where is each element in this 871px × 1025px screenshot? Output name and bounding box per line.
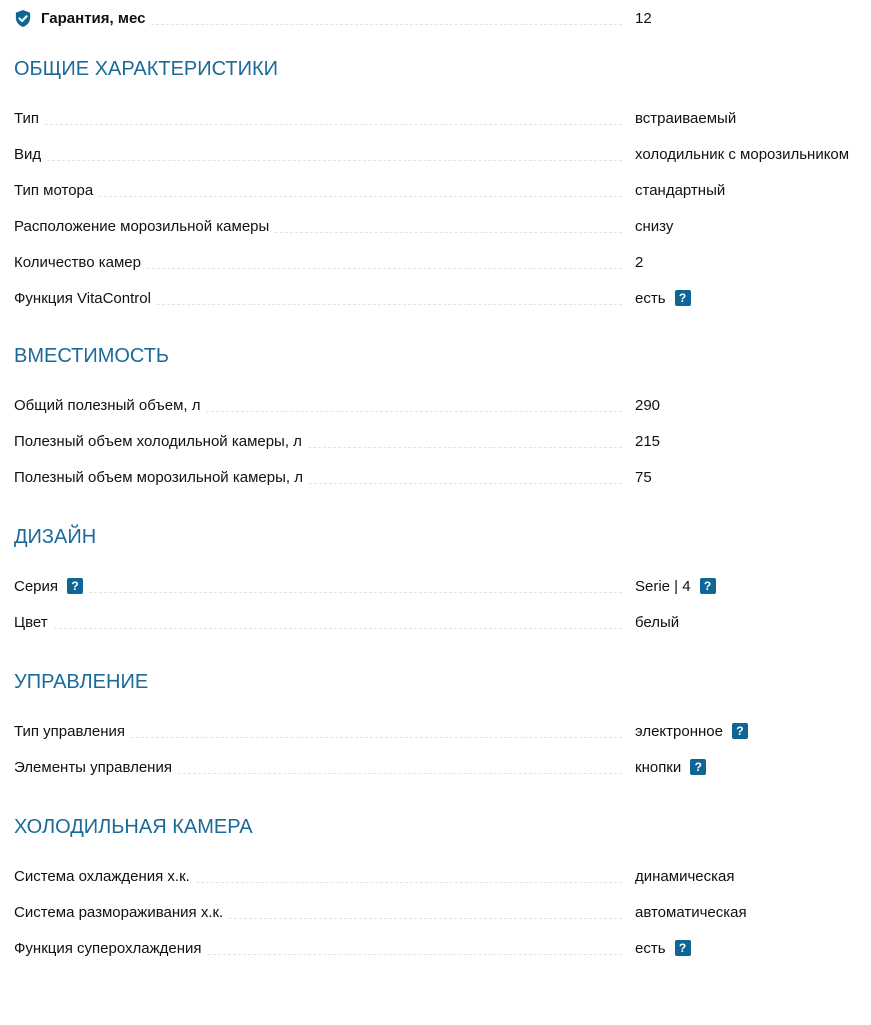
spec-row: Видхолодильник с морозильником [14,136,871,172]
dotted-leader [196,882,622,883]
spec-label-text: Количество камер [14,254,141,271]
dotted-leader [151,24,622,25]
spec-value: 75 [635,469,652,486]
dotted-leader [45,124,622,125]
spec-label: Серия? [14,578,89,595]
spec-value-text: кнопки [635,759,681,776]
spec-value: автоматическая [635,904,747,921]
spec-section: УПРАВЛЕНИЕТип управленияэлектронное?Элем… [14,664,871,785]
spec-label: Полезный объем морозильной камеры, л [14,469,309,486]
spec-row: Общий полезный объем, л290 [14,387,871,423]
spec-value: встраиваемый [635,110,736,127]
spec-value-text: белый [635,614,679,631]
spec-value: электронное? [635,723,748,740]
dotted-leader [99,196,622,197]
spec-value-text: 215 [635,433,660,450]
spec-value-text: есть [635,290,666,307]
spec-value: 215 [635,433,660,450]
spec-label-text: Серия [14,578,58,595]
spec-row: Расположение морозильной камерыснизу [14,208,871,244]
spec-value-text: 290 [635,397,660,414]
warranty-label: Гарантия, мес [41,10,145,27]
dotted-leader [47,160,622,161]
spec-row: Функция суперохлажденияесть? [14,930,871,966]
label-wrap: Тип мотора [14,182,622,199]
spec-value-text: холодильник с морозильником [635,146,849,163]
dotted-leader [147,268,622,269]
label-wrap: Тип [14,110,622,127]
spec-label: Цвет [14,614,54,631]
spec-value: белый [635,614,679,631]
spec-label: Система размораживания х.к. [14,904,229,921]
sections-container: ОБЩИЕ ХАРАКТЕРИСТИКИТипвстраиваемыйВидхо… [14,51,871,966]
spec-label-text: Функция суперохлаждения [14,940,202,957]
spec-row: Полезный объем морозильной камеры, л75 [14,459,871,495]
spec-value-text: 75 [635,469,652,486]
spec-value-text: 2 [635,254,643,271]
spec-label: Гарантия, мес [14,9,151,28]
dotted-leader [308,447,622,448]
spec-section: ДИЗАЙНСерия?Serie | 4?Цветбелый [14,519,871,640]
spec-label-text: Тип управления [14,723,125,740]
spec-value: 290 [635,397,660,414]
spec-value-text: электронное [635,723,723,740]
dotted-leader [178,773,622,774]
spec-label: Количество камер [14,254,147,271]
help-icon[interactable]: ? [732,723,748,739]
dotted-leader [206,411,622,412]
label-wrap: Функция суперохлаждения [14,940,622,957]
spec-value: стандартный [635,182,725,199]
label-wrap: Расположение морозильной камеры [14,218,622,235]
spec-value-text: динамическая [635,868,734,885]
label-wrap: Цвет [14,614,622,631]
label-wrap: Система охлаждения х.к. [14,868,622,885]
spec-row: Серия?Serie | 4? [14,568,871,604]
spec-label: Элементы управления [14,759,178,776]
spec-value-text: Serie | 4 [635,578,691,595]
spec-label: Общий полезный объем, л [14,397,206,414]
label-wrap: Серия? [14,578,622,595]
help-icon[interactable]: ? [67,578,83,594]
spec-value: 2 [635,254,643,271]
label-wrap: Вид [14,146,622,163]
spec-label: Тип [14,110,45,127]
spec-rows: Система охлаждения х.к.динамическаяСисте… [14,858,871,966]
spec-label-text: Цвет [14,614,48,631]
spec-row: Цветбелый [14,604,871,640]
spec-row: Система охлаждения х.к.динамическая [14,858,871,894]
spec-row: Количество камер2 [14,244,871,280]
section-title: ДИЗАЙН [14,519,871,555]
spec-rows: Общий полезный объем, л290Полезный объем… [14,387,871,495]
spec-label: Система охлаждения х.к. [14,868,196,885]
section-title: ХОЛОДИЛЬНАЯ КАМЕРА [14,809,871,845]
spec-value: снизу [635,218,673,235]
spec-section: ОБЩИЕ ХАРАКТЕРИСТИКИТипвстраиваемыйВидхо… [14,51,871,316]
spec-section: ХОЛОДИЛЬНАЯ КАМЕРАСистема охлаждения х.к… [14,809,871,966]
label-wrap: Элементы управления [14,759,622,776]
help-icon[interactable]: ? [675,290,691,306]
label-wrap: Количество камер [14,254,622,271]
spec-rows: Серия?Serie | 4?Цветбелый [14,568,871,640]
dotted-leader [54,628,622,629]
spec-value: есть? [635,940,691,957]
section-title: УПРАВЛЕНИЕ [14,664,871,700]
section-title: ВМЕСТИМОСТЬ [14,338,871,374]
spec-label-text: Расположение морозильной камеры [14,218,269,235]
dotted-leader [157,304,622,305]
spec-value: Serie | 4? [635,578,716,595]
spec-label-text: Полезный объем морозильной камеры, л [14,469,303,486]
spec-label: Тип мотора [14,182,99,199]
spec-value-text: автоматическая [635,904,747,921]
spec-row: Тип управленияэлектронное? [14,713,871,749]
spec-value: кнопки? [635,759,706,776]
spec-label-text: Вид [14,146,41,163]
spec-label-text: Система размораживания х.к. [14,904,223,921]
spec-label-text: Система охлаждения х.к. [14,868,190,885]
spec-value-text: стандартный [635,182,725,199]
spec-label-text: Полезный объем холодильной камеры, л [14,433,302,450]
label-wrap: Гарантия, мес [14,9,622,28]
spec-label-text: Общий полезный объем, л [14,397,200,414]
label-wrap: Полезный объем холодильной камеры, л [14,433,622,450]
dotted-leader [89,592,622,593]
spec-value-text: встраиваемый [635,110,736,127]
spec-label: Вид [14,146,47,163]
spec-label-text: Тип [14,110,39,127]
spec-value: холодильник с морозильником [635,146,849,163]
dotted-leader [309,483,622,484]
spec-rows: Тип управленияэлектронное?Элементы управ… [14,713,871,785]
spec-row: Система размораживания х.к.автоматическа… [14,894,871,930]
dotted-leader [131,737,622,738]
spec-label-text: Функция VitaControl [14,290,151,307]
label-wrap: Полезный объем морозильной камеры, л [14,469,622,486]
label-wrap: Система размораживания х.к. [14,904,622,921]
spec-row: Элементы управлениякнопки? [14,749,871,785]
spec-rows: ТипвстраиваемыйВидхолодильник с морозиль… [14,100,871,316]
specifications: Гарантия, мес 12 ОБЩИЕ ХАРАКТЕРИСТИКИТип… [0,0,871,966]
dotted-leader [229,918,622,919]
label-wrap: Общий полезный объем, л [14,397,622,414]
spec-label: Расположение морозильной камеры [14,218,275,235]
dotted-leader [275,232,622,233]
spec-row: Тип моторастандартный [14,172,871,208]
label-wrap: Функция VitaControl [14,290,622,307]
spec-value: динамическая [635,868,734,885]
label-wrap: Тип управления [14,723,622,740]
spec-value-text: снизу [635,218,673,235]
spec-value: есть? [635,290,691,307]
spec-section: ВМЕСТИМОСТЬОбщий полезный объем, л290Пол… [14,338,871,495]
help-icon[interactable]: ? [700,578,716,594]
spec-row: Типвстраиваемый [14,100,871,136]
spec-value-text: есть [635,940,666,957]
warranty-value: 12 [635,10,652,27]
spec-label: Тип управления [14,723,131,740]
spec-label: Функция VitaControl [14,290,157,307]
spec-label-text: Тип мотора [14,182,93,199]
spec-row-warranty: Гарантия, мес 12 [14,0,871,36]
spec-label: Полезный объем холодильной камеры, л [14,433,308,450]
help-icon[interactable]: ? [690,759,706,775]
spec-row: Функция VitaControlесть? [14,280,871,316]
spec-row: Полезный объем холодильной камеры, л215 [14,423,871,459]
help-icon[interactable]: ? [675,940,691,956]
spec-label-text: Элементы управления [14,759,172,776]
spec-label: Функция суперохлаждения [14,940,208,957]
shield-check-icon [14,9,32,28]
dotted-leader [208,954,623,955]
section-title: ОБЩИЕ ХАРАКТЕРИСТИКИ [14,51,871,87]
